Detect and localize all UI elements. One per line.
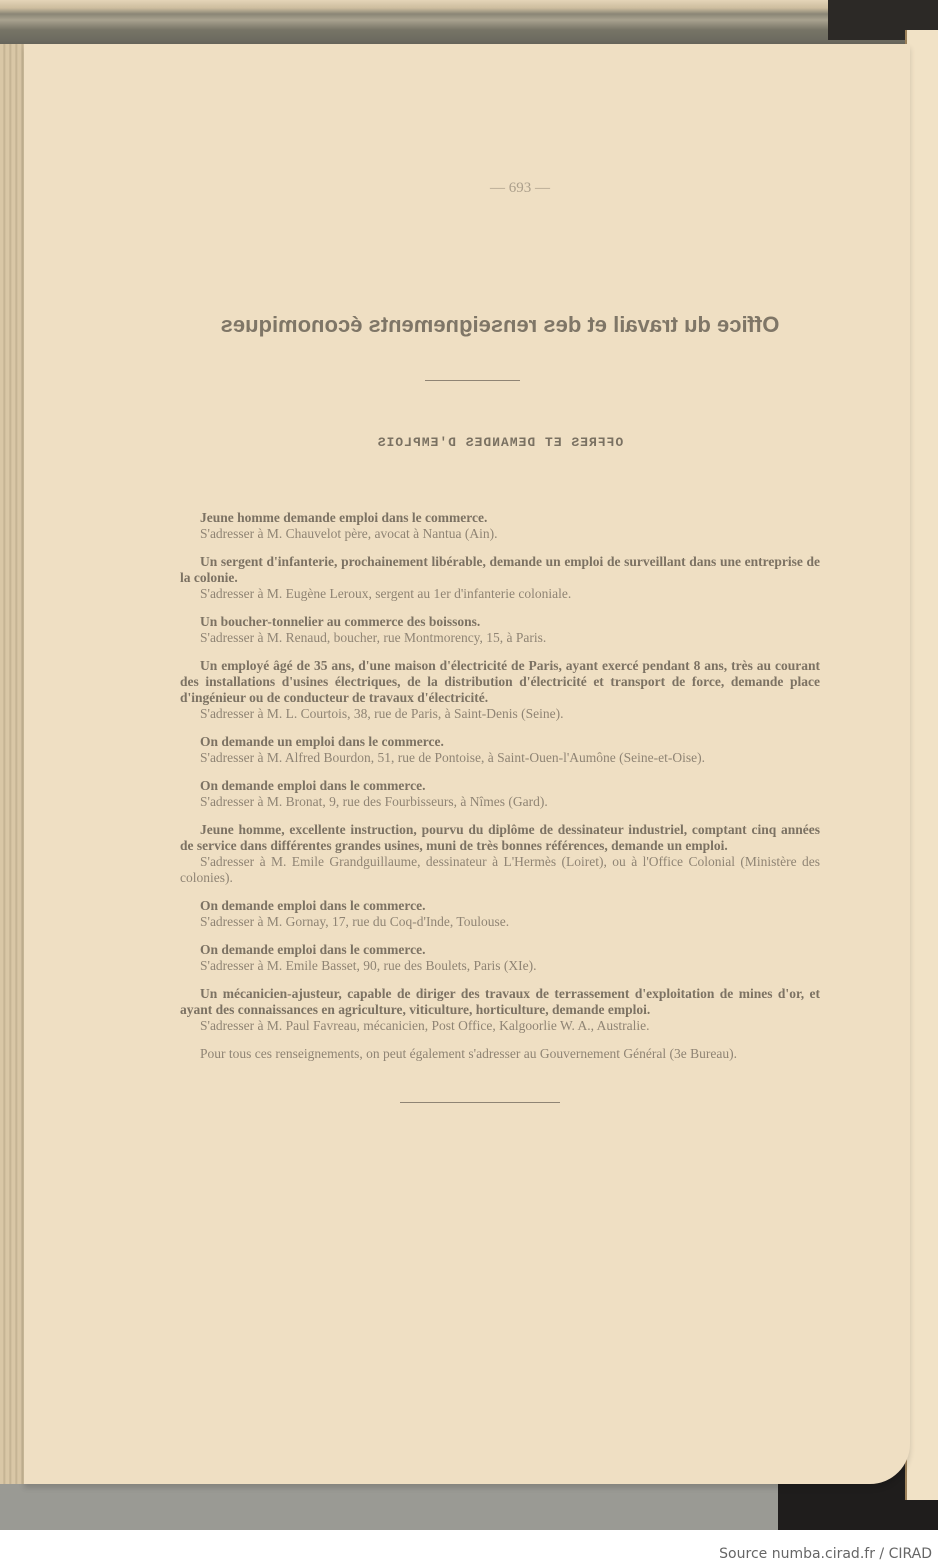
- listing-request: Un boucher-tonnelier au commerce des boi…: [180, 614, 820, 630]
- listing-request: On demande emploi dans le commerce.: [180, 778, 820, 794]
- end-divider: [400, 1102, 560, 1103]
- listing: Un employé âgé de 35 ans, d'une maison d…: [180, 658, 820, 722]
- section-title: Office du travail et des renseignements …: [180, 312, 820, 338]
- listing-contact: S'adresser à M. Renaud, boucher, rue Mon…: [180, 630, 820, 646]
- listing-request: Jeune homme demande emploi dans le comme…: [180, 510, 820, 526]
- listing: On demande emploi dans le commerce. S'ad…: [180, 898, 820, 930]
- listing-contact: S'adresser à M. Bronat, 9, rue des Fourb…: [180, 794, 820, 810]
- job-listings: Jeune homme demande emploi dans le comme…: [180, 510, 820, 1062]
- listing-request: On demande emploi dans le commerce.: [180, 942, 820, 958]
- listing-contact: S'adresser à M. Eugène Leroux, sergent a…: [180, 586, 820, 602]
- listing-contact: S'adresser à M. L. Courtois, 38, rue de …: [180, 706, 820, 722]
- listing: Un mécanicien-ajusteur, capable de dirig…: [180, 986, 820, 1034]
- listing-request: Un mécanicien-ajusteur, capable de dirig…: [180, 986, 820, 1018]
- listing-request: Un employé âgé de 35 ans, d'une maison d…: [180, 658, 820, 706]
- footer-note: Pour tous ces renseignements, on peut ég…: [180, 1046, 820, 1062]
- footer-note-text: Pour tous ces renseignements, on peut ég…: [180, 1046, 820, 1062]
- listing-contact: S'adresser à M. Emile Basset, 90, rue de…: [180, 958, 820, 974]
- listing: Un boucher-tonnelier au commerce des boi…: [180, 614, 820, 646]
- listing-request: Un sergent d'infanterie, prochainement l…: [180, 554, 820, 586]
- page-content: — 693 — Office du travail et des renseig…: [180, 180, 820, 1103]
- source-credit: Source numba.cirad.fr / CIRAD: [719, 1546, 932, 1562]
- book-top-edge: [0, 0, 938, 48]
- listing: On demande emploi dans le commerce. S'ad…: [180, 778, 820, 810]
- listing-contact: S'adresser à M. Gornay, 17, rue du Coq-d…: [180, 914, 820, 930]
- listing-contact: S'adresser à M. Paul Favreau, mécanicien…: [180, 1018, 820, 1034]
- listing: Un sergent d'infanterie, prochainement l…: [180, 554, 820, 602]
- listing: On demande un emploi dans le commerce. S…: [180, 734, 820, 766]
- listing-request: On demande emploi dans le commerce.: [180, 898, 820, 914]
- page-number: — 693 —: [220, 180, 820, 197]
- scanned-book-image: — 693 — Office du travail et des renseig…: [0, 0, 938, 1530]
- listing: Jeune homme, excellente instruction, pou…: [180, 822, 820, 886]
- listing-request: Jeune homme, excellente instruction, pou…: [180, 822, 820, 854]
- divider: [425, 380, 520, 381]
- listing-request: On demande un emploi dans le commerce.: [180, 734, 820, 750]
- listing: Jeune homme demande emploi dans le comme…: [180, 510, 820, 542]
- listing-contact: S'adresser à M. Alfred Bourdon, 51, rue …: [180, 750, 820, 766]
- subsection-title: OFFRES ET DEMANDES D'EMPLOIS: [180, 435, 820, 450]
- listing: On demande emploi dans le commerce. S'ad…: [180, 942, 820, 974]
- listing-contact: S'adresser à M. Emile Grandguillaume, de…: [180, 854, 820, 886]
- listing-contact: S'adresser à M. Chauvelot père, avocat à…: [180, 526, 820, 542]
